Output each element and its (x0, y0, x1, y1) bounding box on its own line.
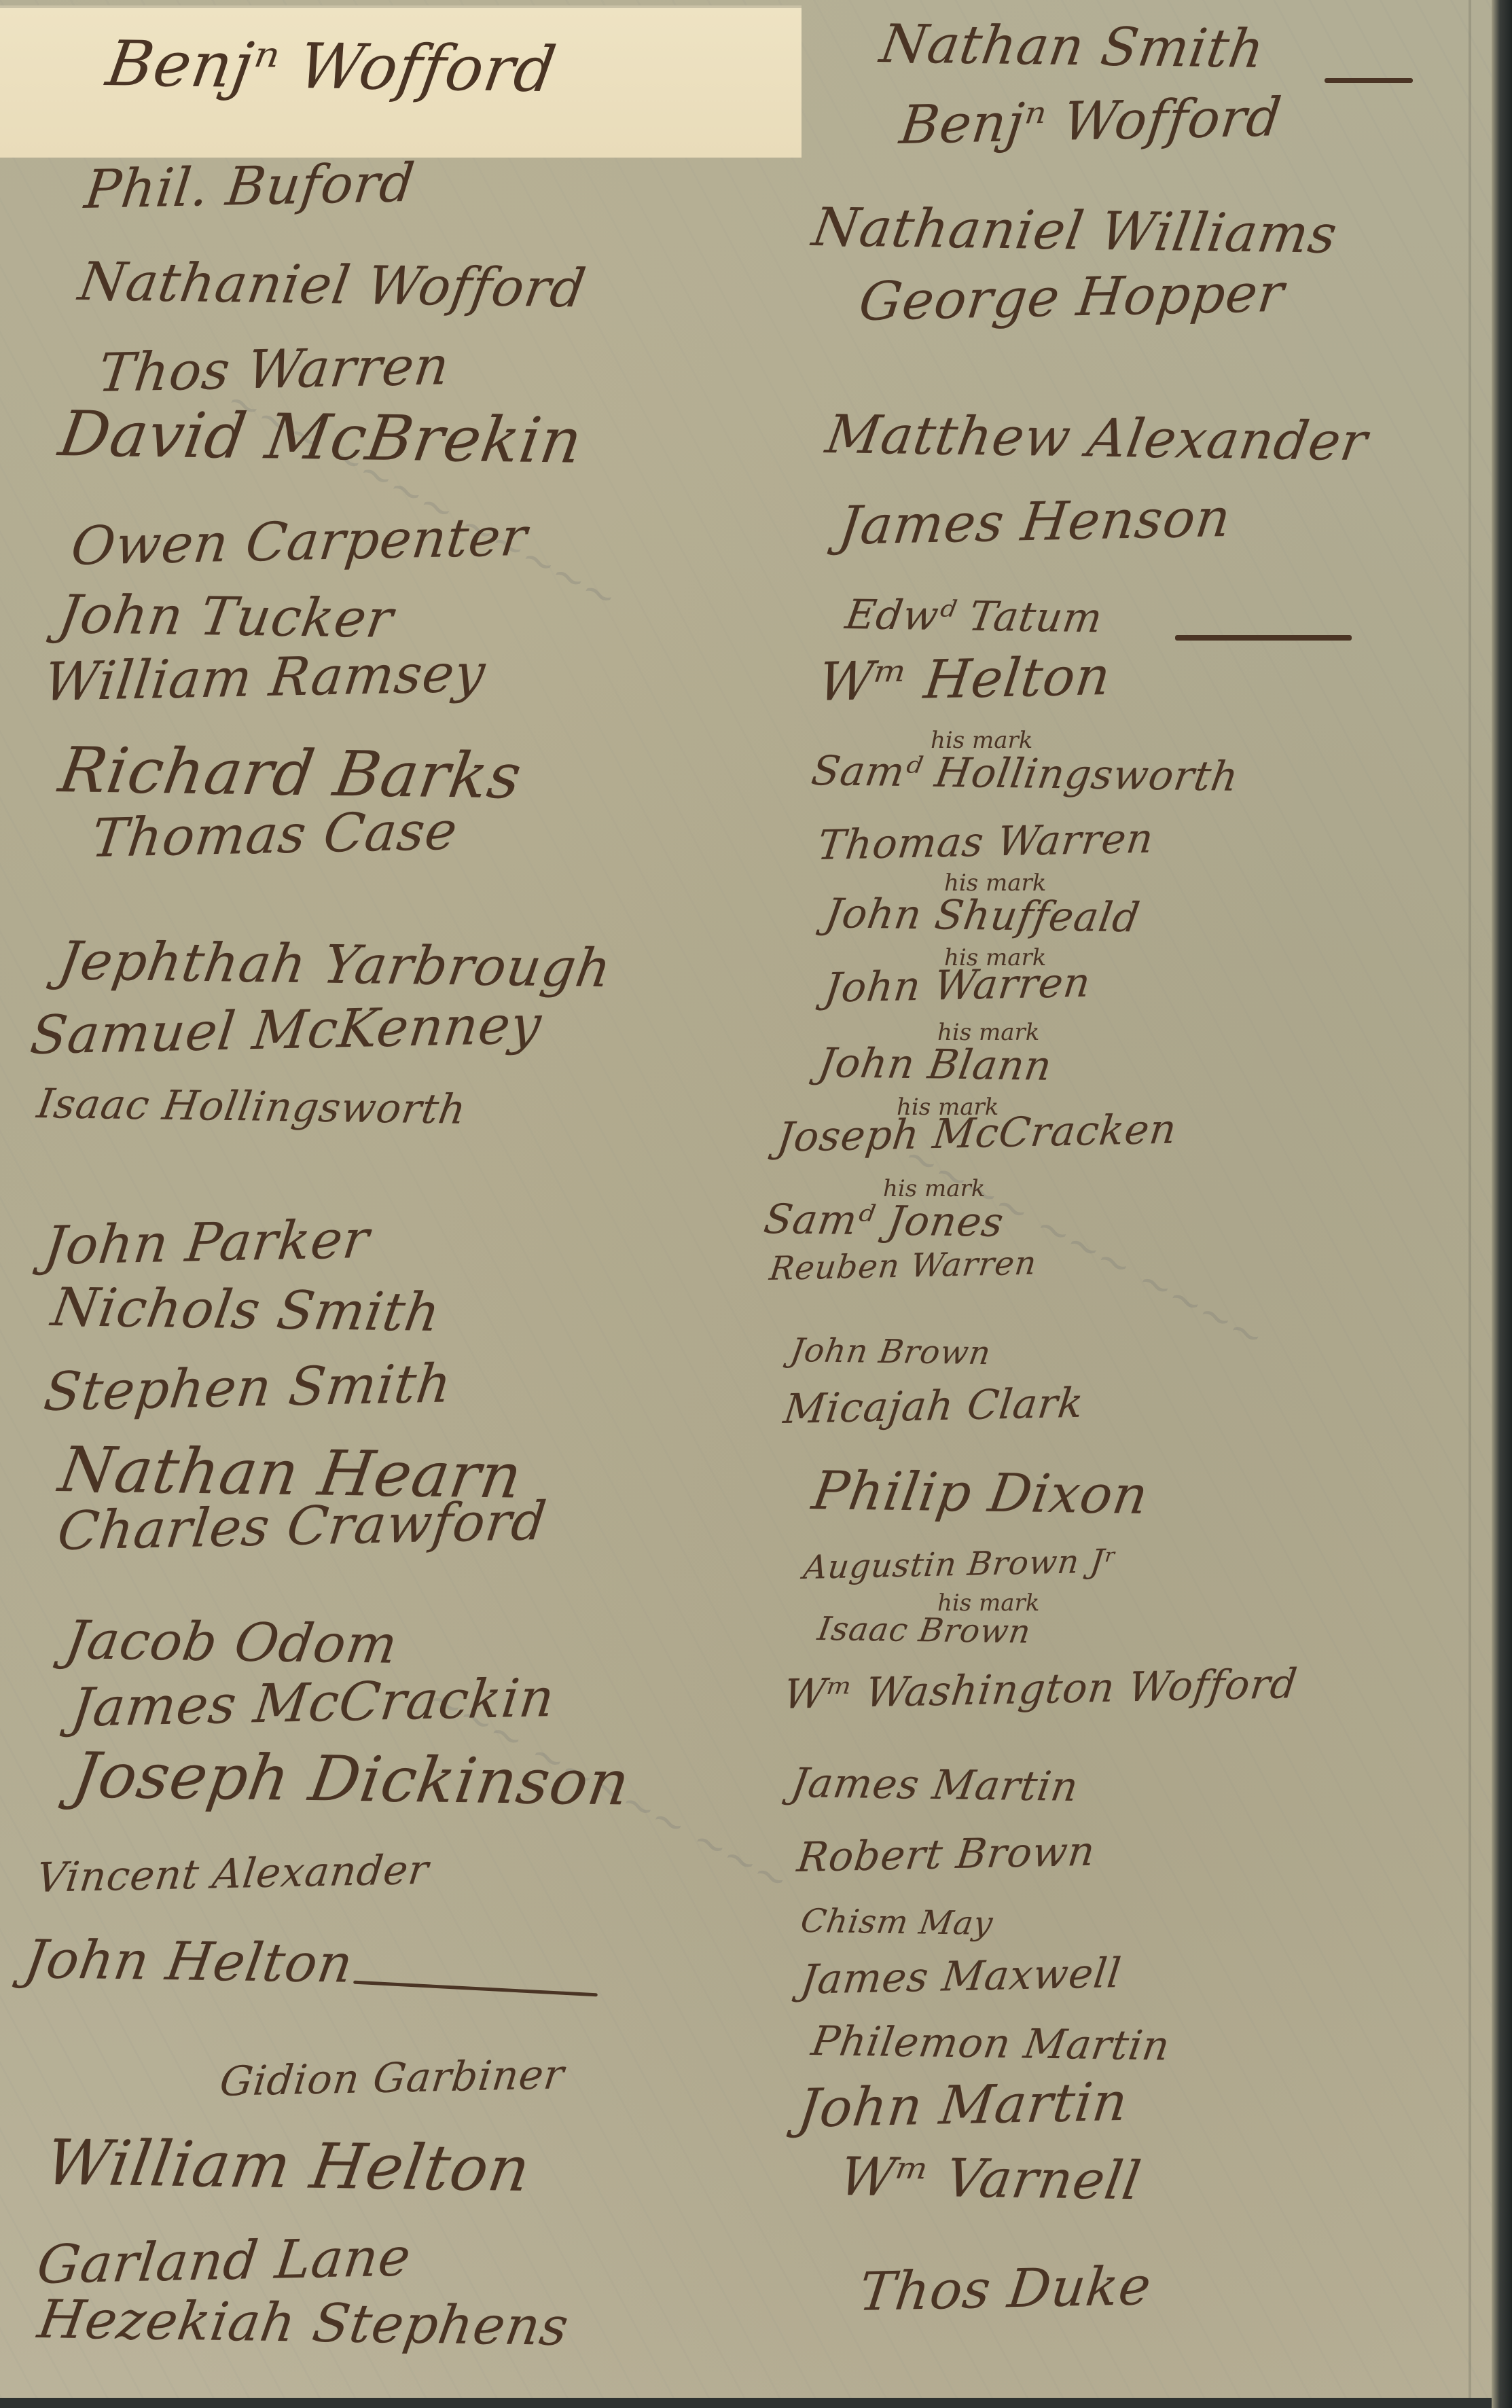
signature: James Martin (788, 1759, 1082, 1811)
signature: Philemon Martin (808, 2017, 1173, 2070)
signature: Philip Dixon (808, 1460, 1153, 1526)
signature: Jacob Odom (61, 1610, 402, 1676)
signature: Samuel McKenney (27, 994, 545, 1066)
signature: Joseph Dickinson (68, 1739, 635, 1819)
signature: Thomas Case (88, 800, 461, 869)
signature: James Maxwell (798, 1949, 1124, 2004)
signature: Thos Duke (856, 2256, 1155, 2323)
signature: William Helton (41, 2126, 535, 2206)
signature: Isaac Hollingsworth (34, 1080, 469, 1134)
signature: James McCrackin (68, 1668, 558, 1739)
signature: Benjⁿ Wofford (897, 87, 1285, 156)
signature: Benjⁿ Wofford (102, 27, 561, 106)
signature: Chism May (798, 1902, 996, 1943)
his-mark-annotation: his mark (937, 1019, 1039, 1046)
signature: John Shuffeald (822, 890, 1143, 941)
signature: John Tucker (54, 584, 397, 650)
signature: Robert Brown (795, 1828, 1098, 1882)
signature: Phil. Buford (82, 153, 418, 221)
signature: Stephen Smith (41, 1353, 455, 1423)
signature: Nathan Smith (876, 14, 1269, 80)
signature: Samᵈ Hollingsworth (808, 747, 1242, 801)
signature: David McBrekin (54, 397, 588, 478)
signature: Garland Lane (34, 2227, 414, 2296)
page-fold (1469, 0, 1471, 2398)
signature: Thomas Warren (815, 814, 1156, 869)
signature: Micajah Clark (781, 1380, 1086, 1433)
signature: Nichols Smith (48, 1277, 445, 1344)
signature: Charles Crawford (54, 1491, 550, 1562)
signature: Nathaniel Williams (808, 197, 1342, 266)
document-page: ~~~ ~~~~ ~~~~~ ~~~~ ~~~ ~~~~ ~~~ ~~~~~ ~… (0, 0, 1492, 2398)
his-mark-annotation: his mark (897, 1094, 998, 1121)
signature: Matthew Alexander (822, 404, 1371, 473)
signature: George Hopper (856, 263, 1288, 333)
his-mark-annotation: his mark (944, 944, 1046, 971)
his-mark-annotation: his mark (883, 1175, 985, 1202)
signature: Vincent Alexander (34, 1846, 431, 1902)
ink-flourish (1175, 635, 1352, 641)
signature: John Martin (795, 2072, 1131, 2140)
signature: Owen Carpenter (68, 507, 530, 577)
signature: Wᵐ Washington Wofford (781, 1660, 1300, 1719)
signature: Edwᵈ Tatum (842, 591, 1106, 642)
signature: Wᵐ Helton (815, 646, 1114, 713)
scan-border (1492, 0, 1512, 2408)
signature: Jephthah Yarbrough (54, 931, 615, 999)
signature: John Helton (20, 1929, 357, 1995)
his-mark-annotation: his mark (931, 727, 1032, 754)
signature: Wᵐ Varnell (835, 2146, 1145, 2212)
ink-flourish (353, 1981, 598, 1997)
signature: Hezekiah Stephens (34, 2289, 573, 2358)
signature: Augustin Brown Jʳ (802, 1542, 1119, 1587)
signature: William Ramsey (41, 643, 489, 713)
signature: Gidion Garbiner (217, 2051, 567, 2106)
signature: John Parker (41, 1209, 373, 1277)
his-mark-annotation: his mark (937, 1589, 1039, 1617)
signature: Samᵈ Jones (761, 1196, 1007, 1246)
signature: Thos Warren (95, 336, 453, 404)
signature: James Henson (835, 488, 1234, 557)
signature: Reuben Warren (768, 1244, 1039, 1288)
signature: John Brown (788, 1331, 994, 1372)
ink-flourish (1325, 78, 1413, 83)
signature: John Blann (815, 1039, 1056, 1090)
signature: Nathaniel Wofford (75, 251, 590, 319)
his-mark-annotation: his mark (944, 869, 1046, 897)
